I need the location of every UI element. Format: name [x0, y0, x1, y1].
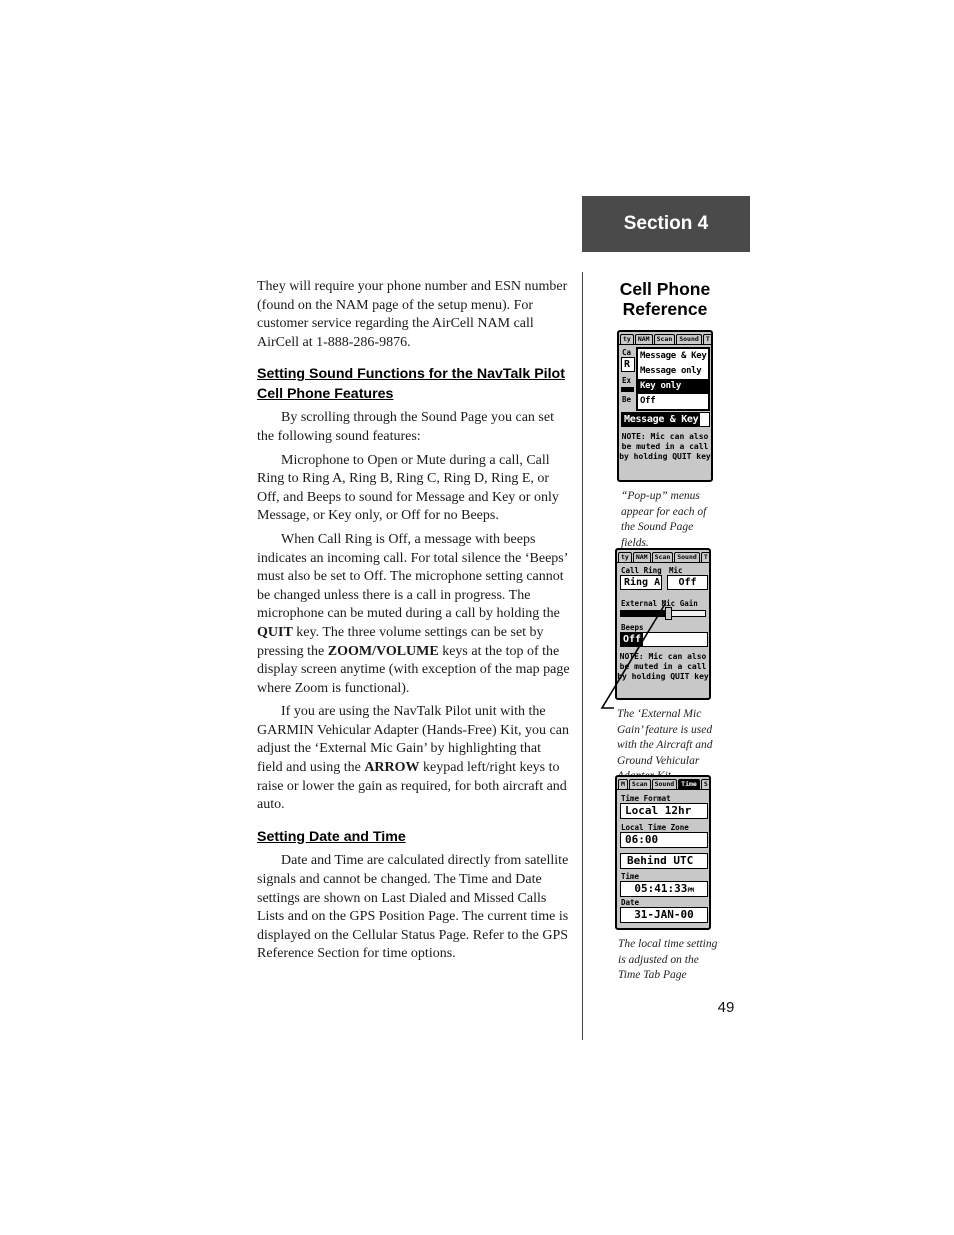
time-value: 05:41:33	[634, 882, 687, 895]
column-divider-rule	[582, 272, 583, 1040]
caption-popup-menus: “Pop-up” menus appear for each of the So…	[621, 489, 723, 551]
callout-line	[594, 596, 678, 718]
manual-page: Section 4 They will require your phone n…	[0, 0, 954, 1235]
tab-sound: Sound	[676, 334, 702, 344]
tab-scan: Scan	[629, 779, 651, 789]
tab-time-selected: Time	[678, 779, 700, 789]
beeps-field-value: Message & Key	[622, 413, 700, 426]
page-number: 49	[706, 999, 746, 1016]
popup-item-key-only-selected: Key only	[638, 379, 708, 394]
clipped-ring-field: R	[621, 357, 635, 372]
mic-value-field: Off	[667, 575, 708, 590]
time-zone-field: 06:00	[620, 832, 708, 848]
tab-nam: NAM	[633, 552, 651, 562]
popup-item-message-and-key: Message & Key	[638, 349, 708, 364]
call-ring-label: Call Ring	[621, 567, 662, 575]
note-line2: be muted in a call	[619, 442, 711, 452]
paragraph-call-ring-off: When Call Ring is Off, a message with be…	[257, 531, 570, 698]
tab-ty: ty	[620, 334, 634, 344]
quit-key-bold: QUIT	[257, 625, 293, 640]
tab-s: S	[701, 779, 709, 789]
popup-item-message-only: Message only	[638, 364, 708, 379]
note-line1: NOTE: Mic can also	[619, 432, 711, 442]
paragraph-call-ring-off-text: When Call Ring is Off, a message with be…	[257, 532, 567, 621]
tab-scan: Scan	[654, 334, 676, 344]
arrow-key-bold: ARROW	[364, 760, 419, 775]
zoom-volume-key-bold: ZOOM/VOLUME	[328, 644, 439, 659]
sidebar-heading-cell-phone-reference: Cell Phone Reference	[589, 280, 741, 319]
local-time-zone-label: Local Time Zone	[621, 824, 689, 832]
paragraph-date-time: Date and Time are calculated directly fr…	[257, 852, 570, 964]
clipped-gain-bar	[621, 387, 634, 392]
tab-sound: Sound	[674, 552, 700, 562]
time-label: Time	[621, 873, 639, 881]
time-format-label: Time Format	[621, 795, 671, 803]
tab-nam: NAM	[635, 334, 653, 344]
date-label: Date	[621, 899, 639, 907]
tab-t: T	[703, 334, 711, 344]
tab-bar: ty NAM Scan Sound T	[619, 332, 711, 345]
device-screenshot-sound-popup: ty NAM Scan Sound T Ca R Ex Be Message &…	[617, 330, 713, 482]
body-text-column: They will require your phone number and …	[257, 278, 570, 964]
time-ampm: PM	[687, 887, 693, 894]
caption-external-mic-gain: The ‘External Mic Gain’ feature is used …	[617, 707, 729, 785]
clipped-external-label: Ex	[622, 377, 631, 385]
section-badge: Section 4	[582, 196, 750, 252]
clipped-beeps-label: Be	[622, 396, 631, 404]
behind-utc-field: Behind UTC	[620, 853, 708, 869]
popup-menu: Message & Key Message only Key only Off	[636, 347, 710, 411]
paragraph-sound-page: By scrolling through the Sound Page you …	[257, 409, 570, 446]
popup-item-off: Off	[638, 394, 708, 409]
tab-scan: Scan	[652, 552, 674, 562]
tab-t: T	[701, 552, 709, 562]
device-screenshot-time-page: M Scan Sound Time S Time Format Local 12…	[615, 775, 711, 930]
caption-local-time: The local time setting is adjusted on th…	[618, 937, 720, 984]
heading-setting-sound-functions: Setting Sound Functions for the NavTalk …	[257, 365, 570, 404]
time-field: 05:41:33PM	[620, 881, 708, 897]
note-line3: by holding QUIT key	[619, 452, 711, 462]
tab-bar: ty NAM Scan Sound T	[617, 550, 709, 563]
paragraph-intro: They will require your phone number and …	[257, 278, 570, 352]
paragraph-sound-features: Microphone to Open or Mute during a call…	[257, 452, 570, 526]
tab-sound: Sound	[652, 779, 678, 789]
tab-bar: M Scan Sound Time S	[617, 777, 709, 790]
call-ring-value-field: Ring A	[620, 575, 662, 590]
date-field: 31-JAN-00	[620, 907, 708, 923]
paragraph-vehicular-adapter: If you are using the NavTalk Pilot unit …	[257, 703, 570, 815]
time-format-field: Local 12hr	[620, 803, 708, 819]
tab-ty: ty	[618, 552, 632, 562]
clipped-call-ring-label: Ca	[622, 349, 631, 357]
heading-setting-date-time: Setting Date and Time	[257, 828, 570, 848]
mic-label: Mic	[669, 567, 683, 575]
tab-m: M	[618, 779, 628, 789]
beeps-value-field: Message & Key	[621, 412, 710, 427]
section-badge-label: Section 4	[624, 213, 708, 235]
